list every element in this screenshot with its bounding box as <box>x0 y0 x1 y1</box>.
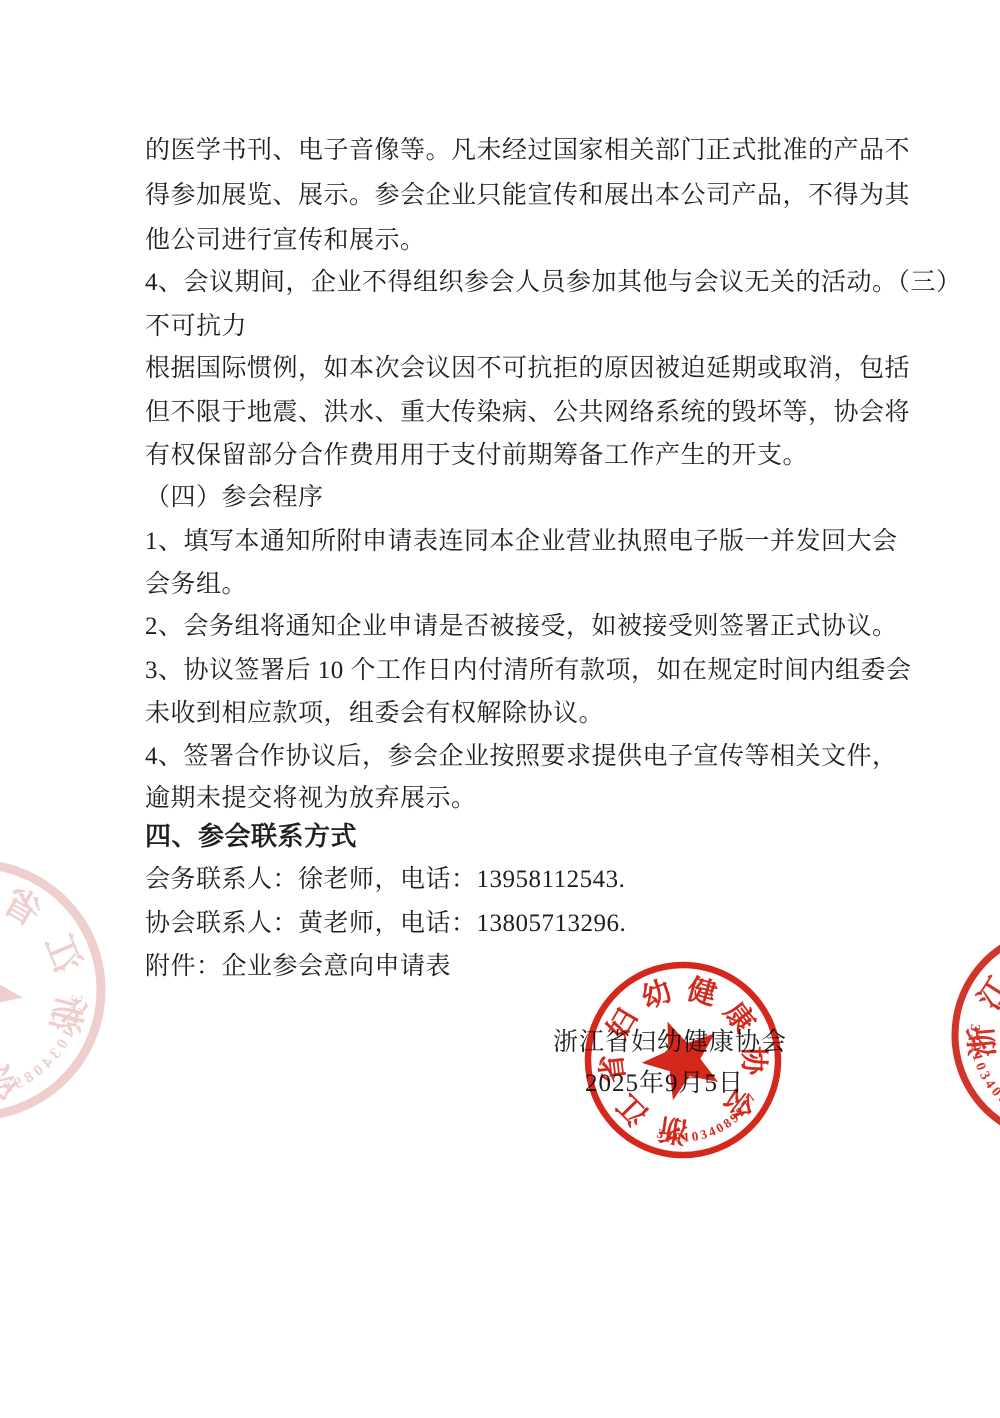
contact-line-conference: 会务联系人：徐老师，电话：13958112543. <box>145 859 875 895</box>
svg-text:9: 9 <box>11 1074 25 1093</box>
text-line: 他公司进行宣传和展示。 <box>145 220 875 256</box>
svg-text:3: 3 <box>69 994 87 1003</box>
svg-text:3: 3 <box>664 1128 674 1144</box>
seal-serial: 3301034089277 <box>0 987 107 1122</box>
text-line: 得参加展览、展示。参会企业只能宣传和展出本公司产品，不得为其 <box>145 175 875 211</box>
svg-text:8: 8 <box>21 1068 37 1087</box>
text-line: 会务组。 <box>145 564 875 600</box>
seal-arc-text: 浙江省妇幼健康协会 <box>0 840 125 1140</box>
attachment-line: 附件：企业参会意向申请表 <box>145 946 875 982</box>
svg-text:1: 1 <box>969 1052 985 1063</box>
official-seal-ghost: 浙江省妇幼健康协会 3301034089277 <box>0 840 125 1140</box>
text-line: 1、填写本通知所附申请表连同本企业营业执照电子版一并发回大会 <box>145 521 875 557</box>
svg-text:3: 3 <box>976 1069 993 1082</box>
svg-text:7: 7 <box>0 1082 1 1100</box>
svg-text:3: 3 <box>47 1045 65 1062</box>
text-line: 未收到相应款项，组委会有权解除协议。 <box>145 693 875 729</box>
svg-text:0: 0 <box>30 1062 47 1080</box>
svg-text:0: 0 <box>691 1128 700 1144</box>
text-line: 4、会议期间，企业不得组织参会人员参加其他与会议无关的活动。（三） <box>145 262 875 298</box>
svg-text:江: 江 <box>971 971 1000 1016</box>
text-line: 根据国际惯例，如本次会议因不可抗拒的原因被迫延期或取消，包括 <box>145 348 875 384</box>
text-line: 的医学书刊、电子音像等。凡未经过国家相关部门正式批准的产品不 <box>145 130 875 166</box>
svg-text:0: 0 <box>674 1129 682 1144</box>
star-icon <box>0 925 33 1048</box>
svg-text:1: 1 <box>683 1129 690 1144</box>
svg-text:0: 0 <box>967 1043 983 1052</box>
svg-text:1: 1 <box>59 1026 78 1040</box>
svg-text:浙: 浙 <box>43 992 91 1037</box>
svg-text:2: 2 <box>732 1104 747 1119</box>
contact-line-association: 协会联系人：黄老师，电话：13805713296. <box>145 903 875 939</box>
svg-text:9: 9 <box>727 1110 742 1126</box>
svg-text:3: 3 <box>966 1034 981 1041</box>
svg-text:2: 2 <box>1 1078 14 1097</box>
seal-ring <box>0 840 125 1140</box>
svg-text:7: 7 <box>738 1097 754 1111</box>
section-heading-procedure: （四）参会程序 <box>145 477 875 513</box>
seal-arc-text: 浙江省妇幼健康协会 <box>931 905 1000 1165</box>
svg-text:3: 3 <box>67 1005 85 1016</box>
signature-org: 浙江省妇幼健康协会 <box>553 1022 787 1058</box>
svg-text:0: 0 <box>972 1061 989 1073</box>
svg-text:8: 8 <box>720 1115 734 1131</box>
svg-text:0: 0 <box>988 1085 1000 1100</box>
svg-text:4: 4 <box>706 1123 718 1140</box>
text-line: 4、签署合作协议后，参会企业按照要求提供电子宣传等相关文件， <box>145 736 875 772</box>
svg-text:浙: 浙 <box>657 1111 690 1148</box>
official-seal-right-edge: 浙江省妇幼健康协会 3301034089277 <box>930 905 1000 1165</box>
text-line: 但不限于地震、洪水、重大传染病、公共网络系统的毁坏等，协会将 <box>145 392 875 428</box>
svg-text:3: 3 <box>655 1126 666 1142</box>
text-line: 逾期未提交将视为放弃展示。 <box>145 778 875 814</box>
text-line: 不可抗力 <box>145 306 875 342</box>
svg-text:0: 0 <box>53 1036 72 1052</box>
svg-text:3: 3 <box>967 1023 983 1031</box>
section-heading-contact: 四、参会联系方式 <box>145 816 875 853</box>
svg-text:8: 8 <box>995 1091 1000 1107</box>
svg-text:江: 江 <box>37 929 88 978</box>
text-line: 2、会务组将通知企业申请是否被接受，如被接受则签署正式协议。 <box>145 606 875 642</box>
svg-text:浙: 浙 <box>964 1025 1000 1059</box>
svg-text:7: 7 <box>742 1090 759 1103</box>
seal-ring <box>930 905 1000 1165</box>
svg-text:3: 3 <box>698 1126 709 1142</box>
svg-text:会: 会 <box>0 1058 22 1106</box>
svg-text:0: 0 <box>713 1120 726 1136</box>
svg-text:4: 4 <box>39 1054 57 1072</box>
svg-text:4: 4 <box>981 1077 997 1091</box>
document-page: 的医学书刊、电子音像等。凡未经过国家相关部门正式批准的产品不 得参加展览、展示。… <box>0 0 1000 1418</box>
text-line: 3、协议签署后 10 个工作日内付清所有款项，如在规定时间内组委会 <box>145 650 875 686</box>
seal-serial: 3301034089277 <box>947 1017 1000 1140</box>
text-line: 有权保留部分合作费用用于支付前期筹备工作产生的开支。 <box>145 435 875 471</box>
signature-date: 2025年9月5日 <box>585 1063 744 1099</box>
svg-text:省: 省 <box>0 881 48 934</box>
svg-text:0: 0 <box>63 1016 82 1029</box>
